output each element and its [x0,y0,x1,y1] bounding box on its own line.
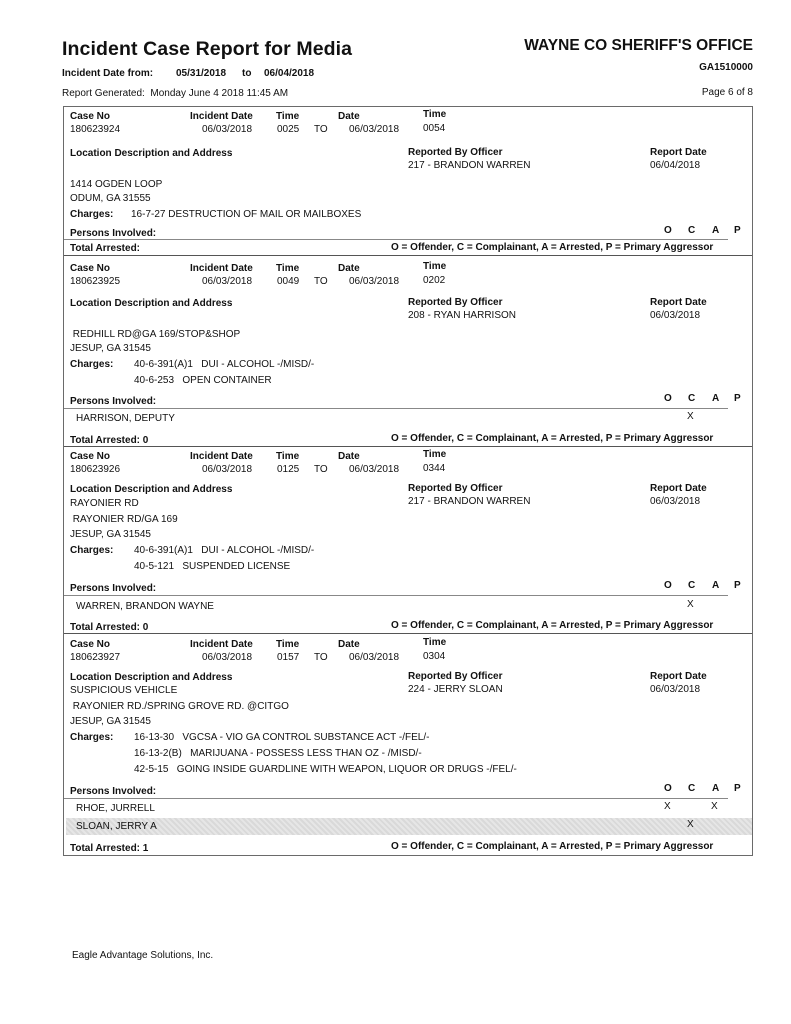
to-label: TO [314,652,328,663]
persons-label: Persons Involved: [70,786,156,797]
time-to: 0304 [423,651,445,662]
total-arrested: Total Arrested: 0 [70,622,148,633]
location-line: JESUP, GA 31545 [70,529,151,540]
report-date-label: Report Date [650,671,707,682]
time-from: 0125 [277,464,299,475]
date-label: Date [338,111,360,122]
officer: 217 - BRANDON WARREN [408,160,530,171]
report-date: 06/04/2018 [650,160,700,171]
cases-table: Case No 180623924 Incident Date 06/03/20… [63,106,753,856]
incident-date: 06/03/2018 [202,464,252,475]
col-o: O [664,580,672,591]
generated-label: Report Generated: [62,88,145,99]
date-to: 06/03/2018 [349,124,399,135]
case-no-label: Case No [70,111,110,122]
time-to-label: Time [423,261,446,272]
report-generated: Report Generated: Monday June 4 2018 11:… [62,88,288,99]
shaded-row [66,818,752,835]
case-no-label: Case No [70,639,110,650]
charges-label: Charges: [70,209,113,220]
flag-a: X [711,801,718,812]
col-a: A [712,225,719,236]
incident-date-label: Incident Date [190,111,253,122]
col-p: P [734,783,741,794]
incident-date: 06/03/2018 [202,124,252,135]
date-to: 06/03/2018 [349,464,399,475]
time-to: 0202 [423,275,445,286]
incident-date-label: Incident Date [190,263,253,274]
to-label: TO [314,124,328,135]
case-no: 180623924 [70,124,120,135]
flag-c: X [687,411,694,422]
col-o: O [664,225,672,236]
col-p: P [734,580,741,591]
charge: 16-13-2(B) MARIJUANA - POSSESS LESS THAN… [134,748,422,759]
report-date-label: Report Date [650,297,707,308]
case-no: 180623927 [70,652,120,663]
time-to-label: Time [423,449,446,460]
col-p: P [734,225,741,236]
total-arrested: Total Arrested: [70,243,140,254]
date-to: 06/03/2018 [349,276,399,287]
time-from: 0025 [277,124,299,135]
charge: 40-6-391(A)1 DUI - ALCOHOL -/MISD/- [134,545,314,556]
officer: 208 - RYAN HARRISON [408,310,516,321]
col-c: C [688,393,695,404]
total-arrested: Total Arrested: 0 [70,435,148,446]
charges-label: Charges: [70,732,113,743]
date-to: 06/03/2018 [349,652,399,663]
time-label: Time [276,111,299,122]
location-line: JESUP, GA 31545 [70,343,151,354]
location-label: Location Description and Address [70,672,232,683]
legend: O = Offender, C = Complainant, A = Arres… [391,841,713,852]
col-p: P [734,393,741,404]
legend: O = Offender, C = Complainant, A = Arres… [391,620,713,631]
date-from-label: Incident Date from: [62,68,176,79]
report-date-label: Report Date [650,483,707,494]
reported-by-label: Reported By Officer [408,483,502,494]
legend: O = Offender, C = Complainant, A = Arres… [391,433,713,444]
legend: O = Offender, C = Complainant, A = Arres… [391,242,713,253]
time-label: Time [276,639,299,650]
person-name: HARRISON, DEPUTY [76,413,175,424]
charge: 40-6-253 OPEN CONTAINER [134,375,272,386]
col-c: C [688,580,695,591]
agency-ori: GA1510000 [699,62,753,73]
incident-date: 06/03/2018 [202,652,252,663]
location-label: Location Description and Address [70,484,232,495]
case-no-label: Case No [70,263,110,274]
time-to: 0344 [423,463,445,474]
report-date: 06/03/2018 [650,496,700,507]
location-line: RAYONIER RD./SPRING GROVE RD. @CITGO [70,701,289,712]
reported-by-label: Reported By Officer [408,147,502,158]
flag-c: X [687,599,694,610]
incident-date-range: Incident Date from:05/31/2018to06/04/201… [62,68,314,79]
time-from: 0049 [277,276,299,287]
person-name: SLOAN, JERRY A [76,821,157,832]
location-line: REDHILL RD@GA 169/STOP&SHOP [70,329,240,340]
time-to-label: Time [423,109,446,120]
date-from: 05/31/2018 [176,68,242,79]
persons-label: Persons Involved: [70,228,156,239]
charge: 42-5-15 GOING INSIDE GUARDLINE WITH WEAP… [134,764,517,775]
incident-date: 06/03/2018 [202,276,252,287]
officer: 217 - BRANDON WARREN [408,496,530,507]
charge: 16-13-30 VGCSA - VIO GA CONTROL SUBSTANC… [134,732,429,743]
case-no: 180623926 [70,464,120,475]
location-label: Location Description and Address [70,148,232,159]
charge: 40-6-391(A)1 DUI - ALCOHOL -/MISD/- [134,359,314,370]
location-line: JESUP, GA 31545 [70,716,151,727]
date-label: Date [338,263,360,274]
report-date: 06/03/2018 [650,310,700,321]
footer-vendor: Eagle Advantage Solutions, Inc. [72,950,213,961]
incident-date-label: Incident Date [190,639,253,650]
incident-date-label: Incident Date [190,451,253,462]
col-o: O [664,393,672,404]
case-no: 180623925 [70,276,120,287]
to-label: TO [314,276,328,287]
col-o: O [664,783,672,794]
col-a: A [712,393,719,404]
time-to: 0054 [423,123,445,134]
date-label: Date [338,639,360,650]
time-label: Time [276,451,299,462]
charge: 40-5-121 SUSPENDED LICENSE [134,561,290,572]
to-label: TO [314,464,328,475]
generated-value: Monday June 4 2018 11:45 AM [150,88,288,99]
location-line: RAYONIER RD [70,498,139,509]
total-arrested: Total Arrested: 1 [70,843,148,854]
charges-label: Charges: [70,359,113,370]
col-a: A [712,580,719,591]
location-label: Location Description and Address [70,298,232,309]
reported-by-label: Reported By Officer [408,297,502,308]
page-number: Page 6 of 8 [702,87,753,98]
location-line: ODUM, GA 31555 [70,193,151,204]
persons-label: Persons Involved: [70,583,156,594]
charge: 16-7-27 DESTRUCTION OF MAIL OR MAILBOXES [131,209,361,220]
report-date-label: Report Date [650,147,707,158]
person-name: WARREN, BRANDON WAYNE [76,601,214,612]
col-c: C [688,225,695,236]
location-line: SUSPICIOUS VEHICLE [70,685,177,696]
case-no-label: Case No [70,451,110,462]
reported-by-label: Reported By Officer [408,671,502,682]
date-label: Date [338,451,360,462]
agency-name: WAYNE CO SHERIFF'S OFFICE [524,37,753,55]
time-label: Time [276,263,299,274]
report-title: Incident Case Report for Media [62,38,352,61]
date-to: 06/04/2018 [264,68,314,79]
flag-c: X [687,819,694,830]
col-c: C [688,783,695,794]
charges-label: Charges: [70,545,113,556]
report-date: 06/03/2018 [650,684,700,695]
date-to-label: to [242,68,264,79]
time-to-label: Time [423,637,446,648]
location-line: 1414 OGDEN LOOP [70,179,162,190]
persons-label: Persons Involved: [70,396,156,407]
location-line: RAYONIER RD/GA 169 [70,514,178,525]
col-a: A [712,783,719,794]
officer: 224 - JERRY SLOAN [408,684,503,695]
flag-o: X [664,801,671,812]
person-name: RHOE, JURRELL [76,803,155,814]
time-from: 0157 [277,652,299,663]
